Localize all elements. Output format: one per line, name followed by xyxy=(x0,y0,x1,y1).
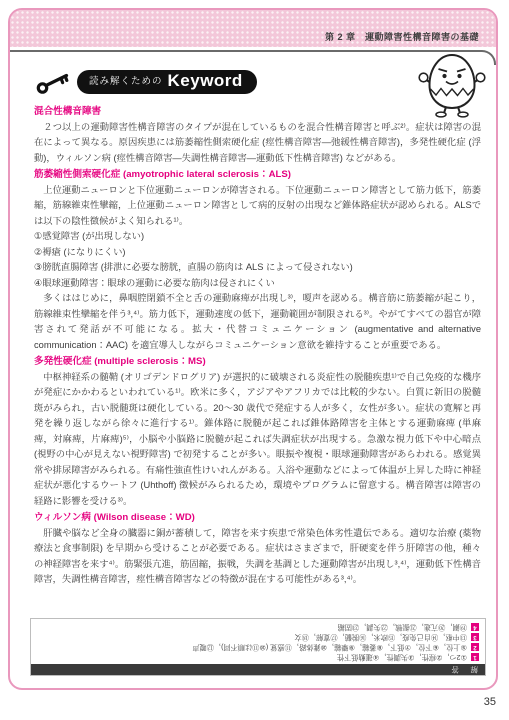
section-heading: 多発性硬化症 (multiple sclerosis：MS) xyxy=(34,354,481,370)
keyword-badge: 読み解くための Keyword xyxy=(77,70,257,94)
section-heading: 筋萎縮性側索硬化症 (amyotrophic lateral sclerosis… xyxy=(34,167,481,183)
answer-row: 3 ⑬中枢，⑭自己免疫，⑮欧米，⑯脱髄，⑰寛解，⑱女 xyxy=(31,632,485,642)
paragraph: 上位運動ニューロンと下位運動ニューロンが障害される。下位運動ニューロン障害として… xyxy=(34,183,481,230)
answer-number-badge: 4 xyxy=(471,623,479,631)
keyword-section: ウィルソン病 (Wilson disease：WD) 肝臓や脳など全身の臓器に銅… xyxy=(34,510,481,588)
page-frame: 第 2 章 運動障害性構音障害の基礎 読み解くための Keyword xyxy=(8,8,498,690)
keyword-section: 多発性硬化症 (multiple sclerosis：MS) 中枢神経系の髄鞘 … xyxy=(34,354,481,509)
paragraph: ２つ以上の運動障害性構音障害のタイプが混在しているものを混合性構音障害と呼ぶ²⁾… xyxy=(34,120,481,167)
key-icon xyxy=(36,69,70,95)
paragraph: 多くははじめに，鼻咽腔閉鎖不全と舌の運動麻痺が出現し³⁾，嗄声を認める。構音筋に… xyxy=(34,291,481,353)
section-body: 肝臓や脳など全身の臓器に銅が蓄積して，障害を来す疾患で常染色体劣性遺伝である。適… xyxy=(34,526,481,588)
keyword-label: Keyword xyxy=(168,73,243,89)
answer-row: 1 ①2つ，②痙性，③失調性，④運動低下性 xyxy=(31,652,485,662)
answer-text: ⑲銅，⑳亢進，㉑振戦，㉒失調，㉓固縮 xyxy=(338,622,467,632)
answers-box: 解 答 1 ①2つ，②痙性，③失調性，④運動低下性 2 ⑤上位，⑥下位，⑦低下，… xyxy=(30,618,486,676)
answer-number-badge: 1 xyxy=(471,653,479,661)
answer-row: 2 ⑤上位，⑥下位，⑦低下，⑧萎縮，⑨攣縮，⑩錐体路，⑪感覚 (⑩⑪は順不同)，… xyxy=(31,642,485,652)
paragraph: ④眼球運動障害：眼球の運動に必要な筋肉は侵されにくい xyxy=(34,276,481,292)
section-heading: ウィルソン病 (Wilson disease：WD) xyxy=(34,510,481,526)
paragraph: 肝臓や脳など全身の臓器に銅が蓄積して，障害を来す疾患で常染色体劣性遺伝である。適… xyxy=(34,526,481,588)
answer-text: ⑤上位，⑥下位，⑦低下，⑧萎縮，⑨攣縮，⑩錐体路，⑪感覚 (⑩⑪は順不同)，⑫嗄… xyxy=(192,642,467,652)
answer-number-badge: 3 xyxy=(471,633,479,641)
keyword-sections: 混合性構音障害 ２つ以上の運動障害性構音障害のタイプが混在しているものを混合性構… xyxy=(34,104,481,588)
section-heading: 混合性構音障害 xyxy=(34,104,481,120)
section-body: 上位運動ニューロンと下位運動ニューロンが障害される。下位運動ニューロン障害として… xyxy=(34,183,481,354)
paragraph: ①感覚障害 (が出現しない) xyxy=(34,229,481,245)
content-area: 読み解くための Keyword xyxy=(10,52,496,688)
section-body: 中枢神経系の髄鞘 (オリゴデンドログリア) が選択的に破壊される炎症性の脱髄疾患… xyxy=(34,370,481,510)
egg-mascot-icon xyxy=(416,52,488,118)
keyword-section: 混合性構音障害 ２つ以上の運動障害性構音障害のタイプが混在しているものを混合性構… xyxy=(34,104,481,166)
answer-text: ⑬中枢，⑭自己免疫，⑮欧米，⑯脱髄，⑰寛解，⑱女 xyxy=(294,632,467,642)
paragraph: ③膀胱直腸障害 (排泄に必要な膀胱，直腸の筋肉は ALS によって侵されない) xyxy=(34,260,481,276)
keyword-section: 筋萎縮性側索硬化症 (amyotrophic lateral sclerosis… xyxy=(34,167,481,353)
answer-row: 4 ⑲銅，⑳亢進，㉑振戦，㉒失調，㉓固縮 xyxy=(31,622,485,632)
section-body: ２つ以上の運動障害性構音障害のタイプが混在しているものを混合性構音障害と呼ぶ²⁾… xyxy=(34,120,481,167)
answer-text: ①2つ，②痙性，③失調性，④運動低下性 xyxy=(337,652,467,662)
answers-list: 1 ①2つ，②痙性，③失調性，④運動低下性 2 ⑤上位，⑥下位，⑦低下，⑧萎縮，… xyxy=(31,622,485,662)
header-band: 第 2 章 運動障害性構音障害の基礎 xyxy=(10,10,496,47)
answer-number-badge: 2 xyxy=(471,643,479,651)
paragraph: 中枢神経系の髄鞘 (オリゴデンドログリア) が選択的に破壊される炎症性の脱髄疾患… xyxy=(34,370,481,510)
answers-title-bar: 解 答 xyxy=(31,664,485,675)
keyword-prefix: 読み解くための xyxy=(89,73,163,87)
chapter-title: 第 2 章 運動障害性構音障害の基礎 xyxy=(325,30,479,43)
page-number: 35 xyxy=(484,696,496,708)
paragraph: ②褥瘡 (になりにくい) xyxy=(34,245,481,261)
